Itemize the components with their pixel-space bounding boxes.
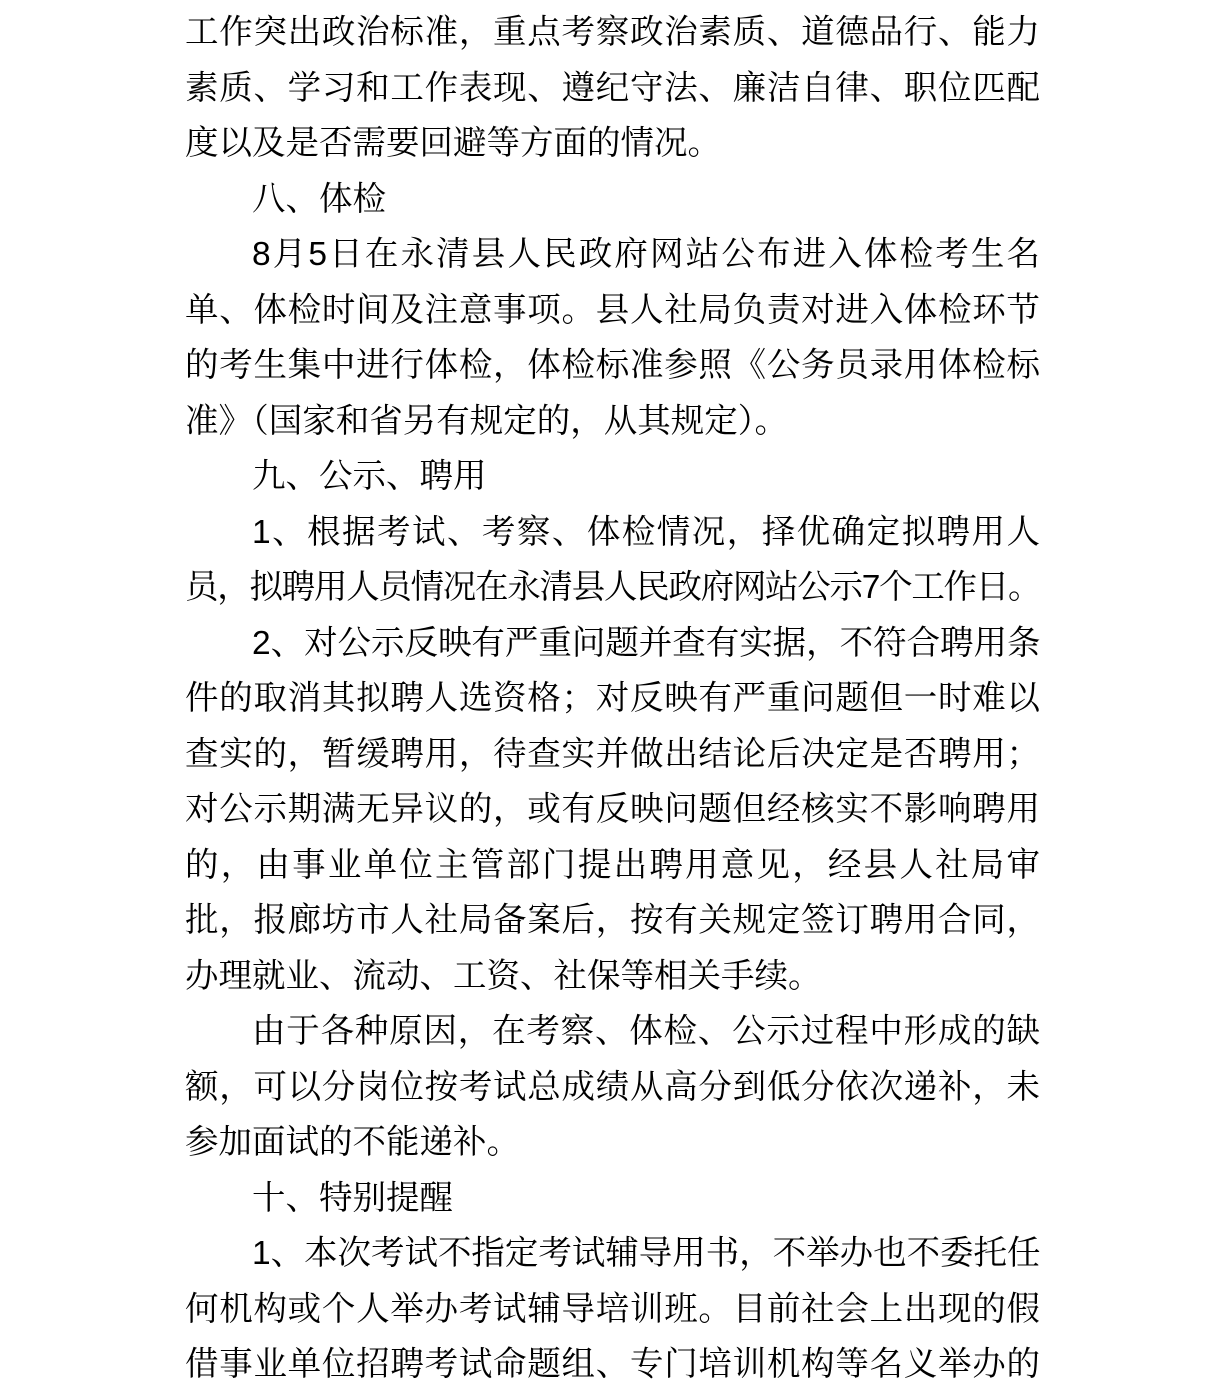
text-line: 8月5日在永清县人民政府网站公布进入体检考生名 xyxy=(185,227,1040,283)
text-line: 度以及是否需要回避等方面的情况。 xyxy=(185,116,1040,172)
text-line: 2、对公示反映有严重问题并查有实据，不符合聘用条 xyxy=(185,616,1040,672)
text-line: 对公示期满无异议的，或有反映问题但经核实不影响聘用 xyxy=(185,782,1040,838)
text-line: 1、本次考试不指定考试辅导用书，不举办也不委托任 xyxy=(185,1226,1040,1282)
text-line: 的考生集中进行体检，体检标准参照《公务员录用体检标 xyxy=(185,338,1040,394)
text-line: 单、体检时间及注意事项。县人社局负责对进入体检环节 xyxy=(185,283,1040,339)
text-line: 素质、学习和工作表现、遵纪守法、廉洁自律、职位匹配 xyxy=(185,61,1040,117)
section-heading-8: 八、体检 xyxy=(185,172,1040,228)
text-line: 参加面试的不能递补。 xyxy=(185,1115,1040,1171)
text-line: 额，可以分岗位按考试总成绩从高分到低分依次递补，未 xyxy=(185,1060,1040,1116)
document-page: 工作突出政治标准，重点考察政治素质、道德品行、能力 素质、学习和工作表现、遵纪守… xyxy=(0,0,1209,1393)
text-line: 查实的，暂缓聘用，待查实并做出结论后决定是否聘用； xyxy=(185,727,1040,783)
section-heading-9: 九、公示、聘用 xyxy=(185,449,1040,505)
text-line: 何机构或个人举办考试辅导培训班。目前社会上出现的假 xyxy=(185,1282,1040,1338)
text-line: 1、根据考试、考察、体检情况，择优确定拟聘用人 xyxy=(185,505,1040,561)
text-line: 工作突出政治标准，重点考察政治素质、道德品行、能力 xyxy=(185,5,1040,61)
text-line: 件的取消其拟聘人选资格；对反映有严重问题但一时难以 xyxy=(185,671,1040,727)
text-line: 的，由事业单位主管部门提出聘用意见，经县人社局审 xyxy=(185,838,1040,894)
text-line: 借事业单位招聘考试命题组、专门培训机构等名义举办的 xyxy=(185,1337,1040,1393)
text-line: 由于各种原因，在考察、体检、公示过程中形成的缺 xyxy=(185,1004,1040,1060)
text-line: 办理就业、流动、工资、社保等相关手续。 xyxy=(185,949,1040,1005)
text-line: 批，报廊坊市人社局备案后，按有关规定签订聘用合同， xyxy=(185,893,1040,949)
text-line: 员，拟聘用人员情况在永清县人民政府网站公示7个工作日。 xyxy=(185,560,1040,616)
section-heading-10: 十、特别提醒 xyxy=(185,1171,1040,1227)
text-line: 准》（国家和省另有规定的，从其规定）。 xyxy=(185,394,1040,450)
